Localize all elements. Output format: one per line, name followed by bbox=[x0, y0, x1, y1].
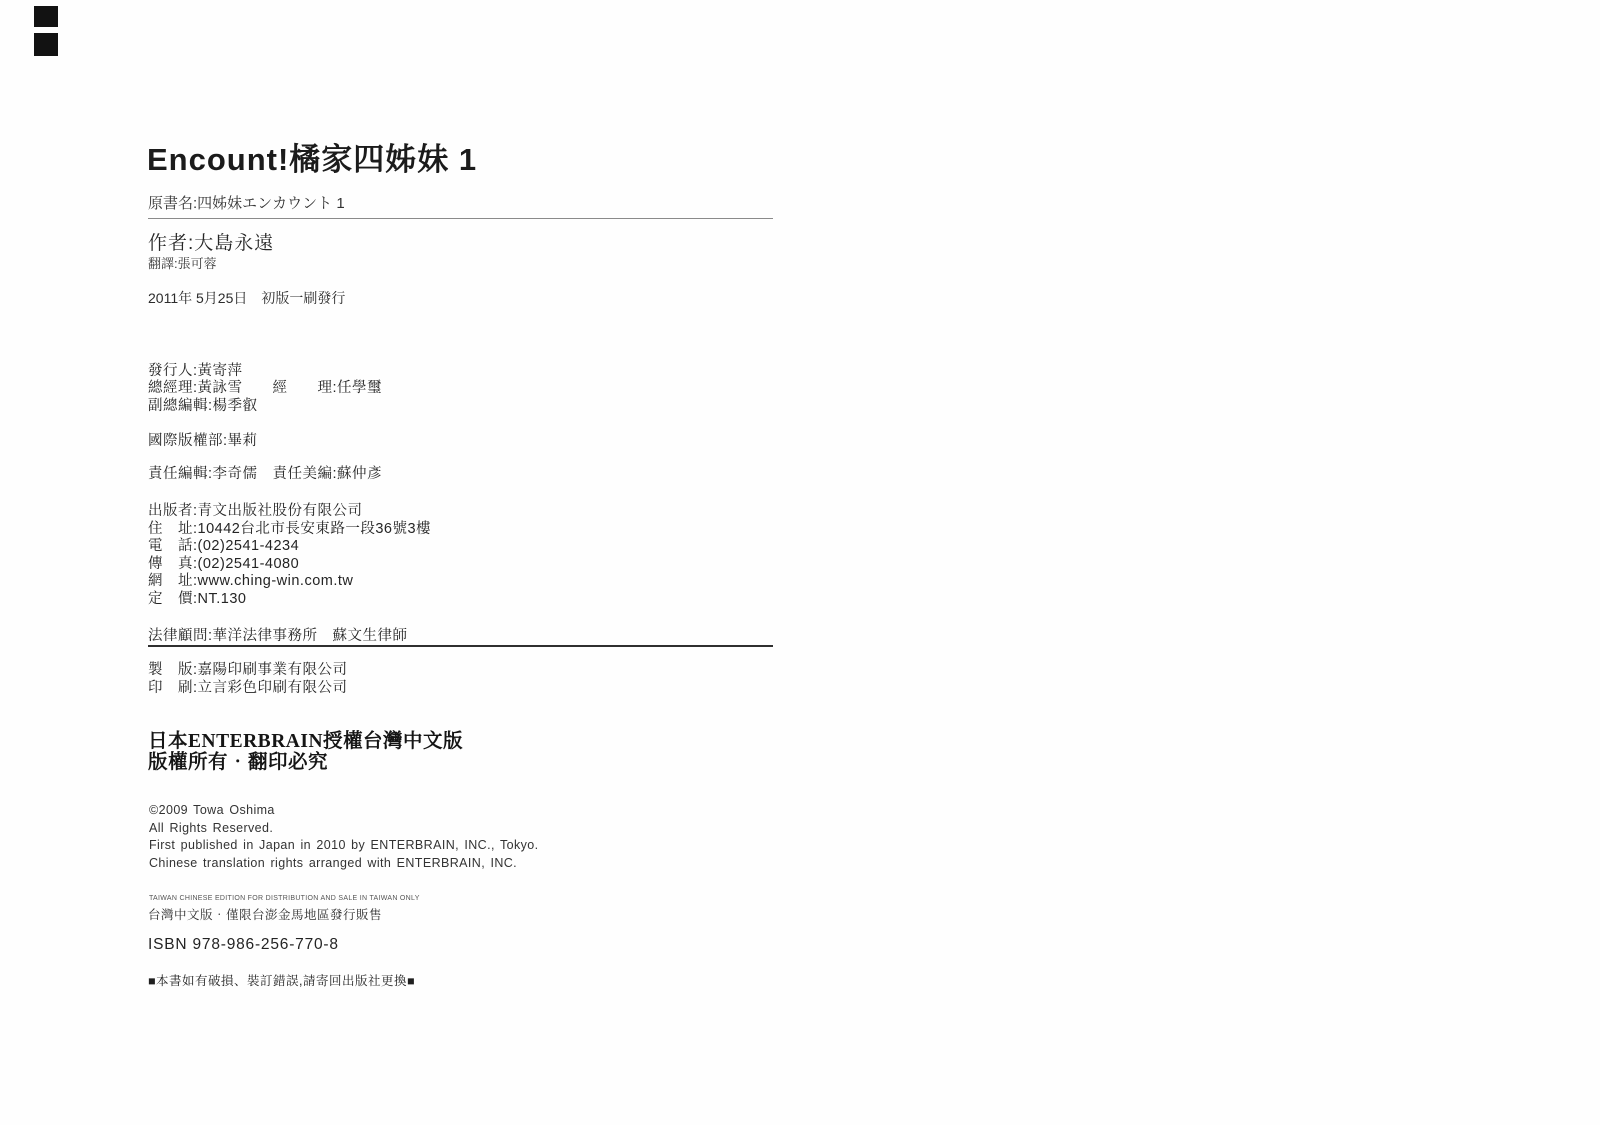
divider-bottom bbox=[148, 645, 773, 647]
copyright-line: ©2009 Towa Oshima bbox=[149, 803, 275, 817]
copyright-line: Chinese translation rights arranged with… bbox=[149, 856, 517, 870]
translator-line: 翻譯:張可蓉 bbox=[148, 253, 217, 272]
book-title: Encount!橘家四姊妹 1 bbox=[147, 134, 477, 179]
copyright-reserved-line: 版權所有‧翻印必究 bbox=[148, 746, 328, 774]
printing-line: 印 刷:立言彩色印刷有限公司 bbox=[148, 676, 348, 697]
scan-corner-mark-bottom bbox=[34, 33, 58, 56]
distribution-notice-zh: 台灣中文版‧僅限台澎金馬地區發行販售 bbox=[148, 905, 382, 923]
scan-corner-mark-top bbox=[34, 6, 58, 27]
divider-top bbox=[148, 218, 773, 219]
original-title-line: 原書名:四姊妹エンカウント 1 bbox=[148, 192, 345, 213]
publisher-staff-line: 副總編輯:楊季叡 bbox=[148, 394, 258, 415]
distribution-notice-en: TAIWAN CHINESE EDITION FOR DISTRIBUTION … bbox=[149, 895, 420, 902]
edition-date-line: 2011年 5月25日 初版一刷發行 bbox=[148, 288, 345, 308]
author-line: 作者:大島永遠 bbox=[148, 228, 274, 255]
copyright-line: All Rights Reserved. bbox=[149, 821, 273, 835]
return-notice-line: ■本書如有破損、裝訂錯誤,請寄回出版社更換■ bbox=[148, 971, 415, 989]
legal-advisor-line: 法律顧問:華洋法律事務所 蘇文生律師 bbox=[148, 624, 408, 645]
colophon-page: Encount!橘家四姊妹 1 原書名:四姊妹エンカウント 1 作者:大島永遠 … bbox=[0, 0, 1600, 1125]
price-line: 定 價:NT.130 bbox=[148, 587, 246, 608]
rights-dept-line: 國際版權部:畢莉 bbox=[148, 429, 258, 450]
isbn-line: ISBN 978-986-256-770-8 bbox=[148, 936, 339, 954]
copyright-line: First published in Japan in 2010 by ENTE… bbox=[149, 838, 539, 852]
editors-line: 責任編輯:李奇儒 責任美編:蘇仲彥 bbox=[148, 462, 382, 483]
